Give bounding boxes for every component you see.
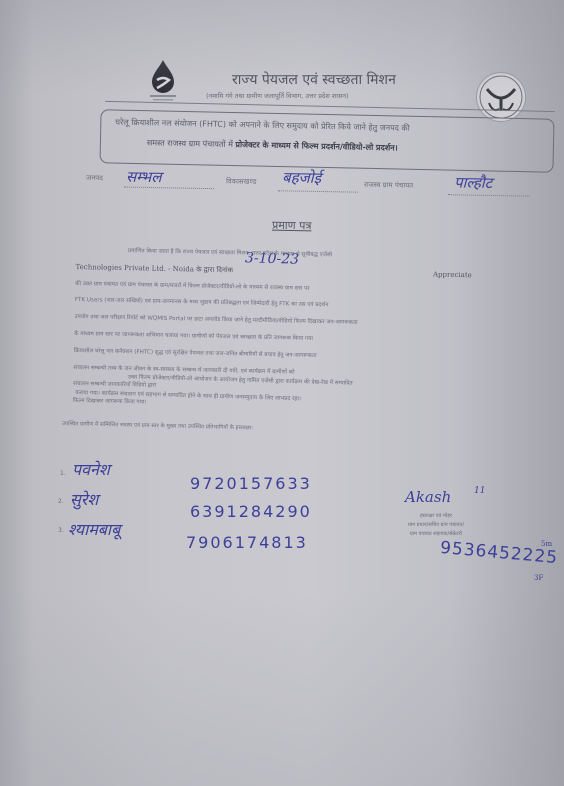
attendees-intro: उपस्थित ग्रामीण में सम्मिलित सदस्य एवं ग…: [62, 420, 322, 435]
district-label: जनपद: [86, 174, 103, 183]
banner-line-1: घरेलू क्रियाशील नल संयोजन (FHTC) को अपना…: [115, 117, 410, 134]
block-underline: [278, 190, 358, 193]
attendee-index: 2.: [58, 498, 64, 505]
district-value: सम्भल: [126, 167, 162, 188]
agency-name: Appreciate: [433, 270, 472, 279]
designation-line: ग्राम पंचायत सहायक/सेक्रेटरी: [376, 530, 496, 539]
banner-line-2: समस्त राजस्व ग्राम पंचायतों में प्रोजेक्…: [147, 137, 398, 153]
district-underline: [124, 187, 214, 191]
panchayat-label: राजस्व ग्राम पंचायत: [364, 181, 413, 191]
attendee-index: 3.: [58, 527, 64, 534]
body-company-line: Technologies Private Ltd. - Noida के द्व…: [75, 263, 561, 282]
body-line: की उक्त ग्राम पंचायत एवं ग्राम पंचायत के…: [75, 280, 561, 299]
designation-line: ग्राम प्रधान/सचिव ग्राम पंचायत/: [376, 521, 496, 530]
water-drop-logo-icon: [145, 58, 181, 102]
program-banner: घरेलू क्रियाशील नल संयोजन (FHTC) को अपना…: [99, 109, 554, 172]
body-line: FTK Users (जल-जल सखियों) एवं ग्राम-जनमान…: [75, 296, 561, 315]
block-label: विकासखण्ड: [226, 177, 257, 187]
designation-line: हस्ताक्षर एवं मोहर: [376, 512, 496, 521]
body-line: क्रियाशील घरेलू नल कनेक्शन (FHTC) शुद्ध …: [74, 347, 560, 366]
company-text: Technologies Private Ltd. - Noida के द्व…: [75, 263, 233, 274]
signature-mark: 11: [474, 486, 485, 496]
header-title: राज्य पेयजल एवं स्वच्छता मिशन: [232, 70, 396, 89]
certificate-page: राज्य पेयजल एवं स्वच्छता मिशन (नमामि गंग…: [0, 0, 564, 786]
attendee-name: सुरेश: [70, 488, 98, 510]
body-line: प्रमाणित किया जाता है कि राज्य पेयजल एवं…: [76, 246, 562, 265]
banner-line-2-bold: प्रोजेक्टर के माध्यम से फिल्म प्रदर्शन/व…: [235, 140, 397, 152]
banner-line-2-prefix: समस्त राजस्व ग्राम पंचायतों में: [147, 138, 236, 149]
body-line: के माध्यम ग्राम स्तर पर जागरूकता अभियान …: [74, 330, 560, 349]
attendee-index: 1.: [60, 470, 66, 477]
document-title: प्रमाण पत्र: [272, 218, 312, 234]
header-subtitle: (नमामि गंगे तथा ग्रामीण जलापूर्ति विभाग,…: [206, 91, 349, 100]
event-date: 3-10-23: [245, 250, 299, 267]
attendee-phone: 7906174813: [186, 533, 308, 552]
attendee-name: पवनेश: [72, 458, 110, 480]
attendee-phone: 9720157633: [190, 474, 312, 493]
up-govt-emblem-icon: [476, 72, 526, 122]
panchayat-value: पाल्हौट: [454, 172, 493, 193]
body-line: उपयोग तथा जल परीक्षण रिपोर्ट को WQMIS Po…: [74, 313, 560, 332]
panchayat-underline: [448, 194, 530, 197]
signatory-designation: हस्ताक्षर एवं मोहर ग्राम प्रधान/सचिव ग्र…: [376, 512, 496, 539]
signatory-signature: Akash: [405, 488, 451, 506]
attendee-phone: 6391284290: [190, 502, 312, 521]
block-value: बहजोई: [282, 167, 321, 188]
attendee-name: श्यामबाबू: [68, 518, 120, 540]
signatory-sup-note: 5m: [541, 540, 552, 548]
signatory-sub-note: 3F: [534, 574, 543, 582]
